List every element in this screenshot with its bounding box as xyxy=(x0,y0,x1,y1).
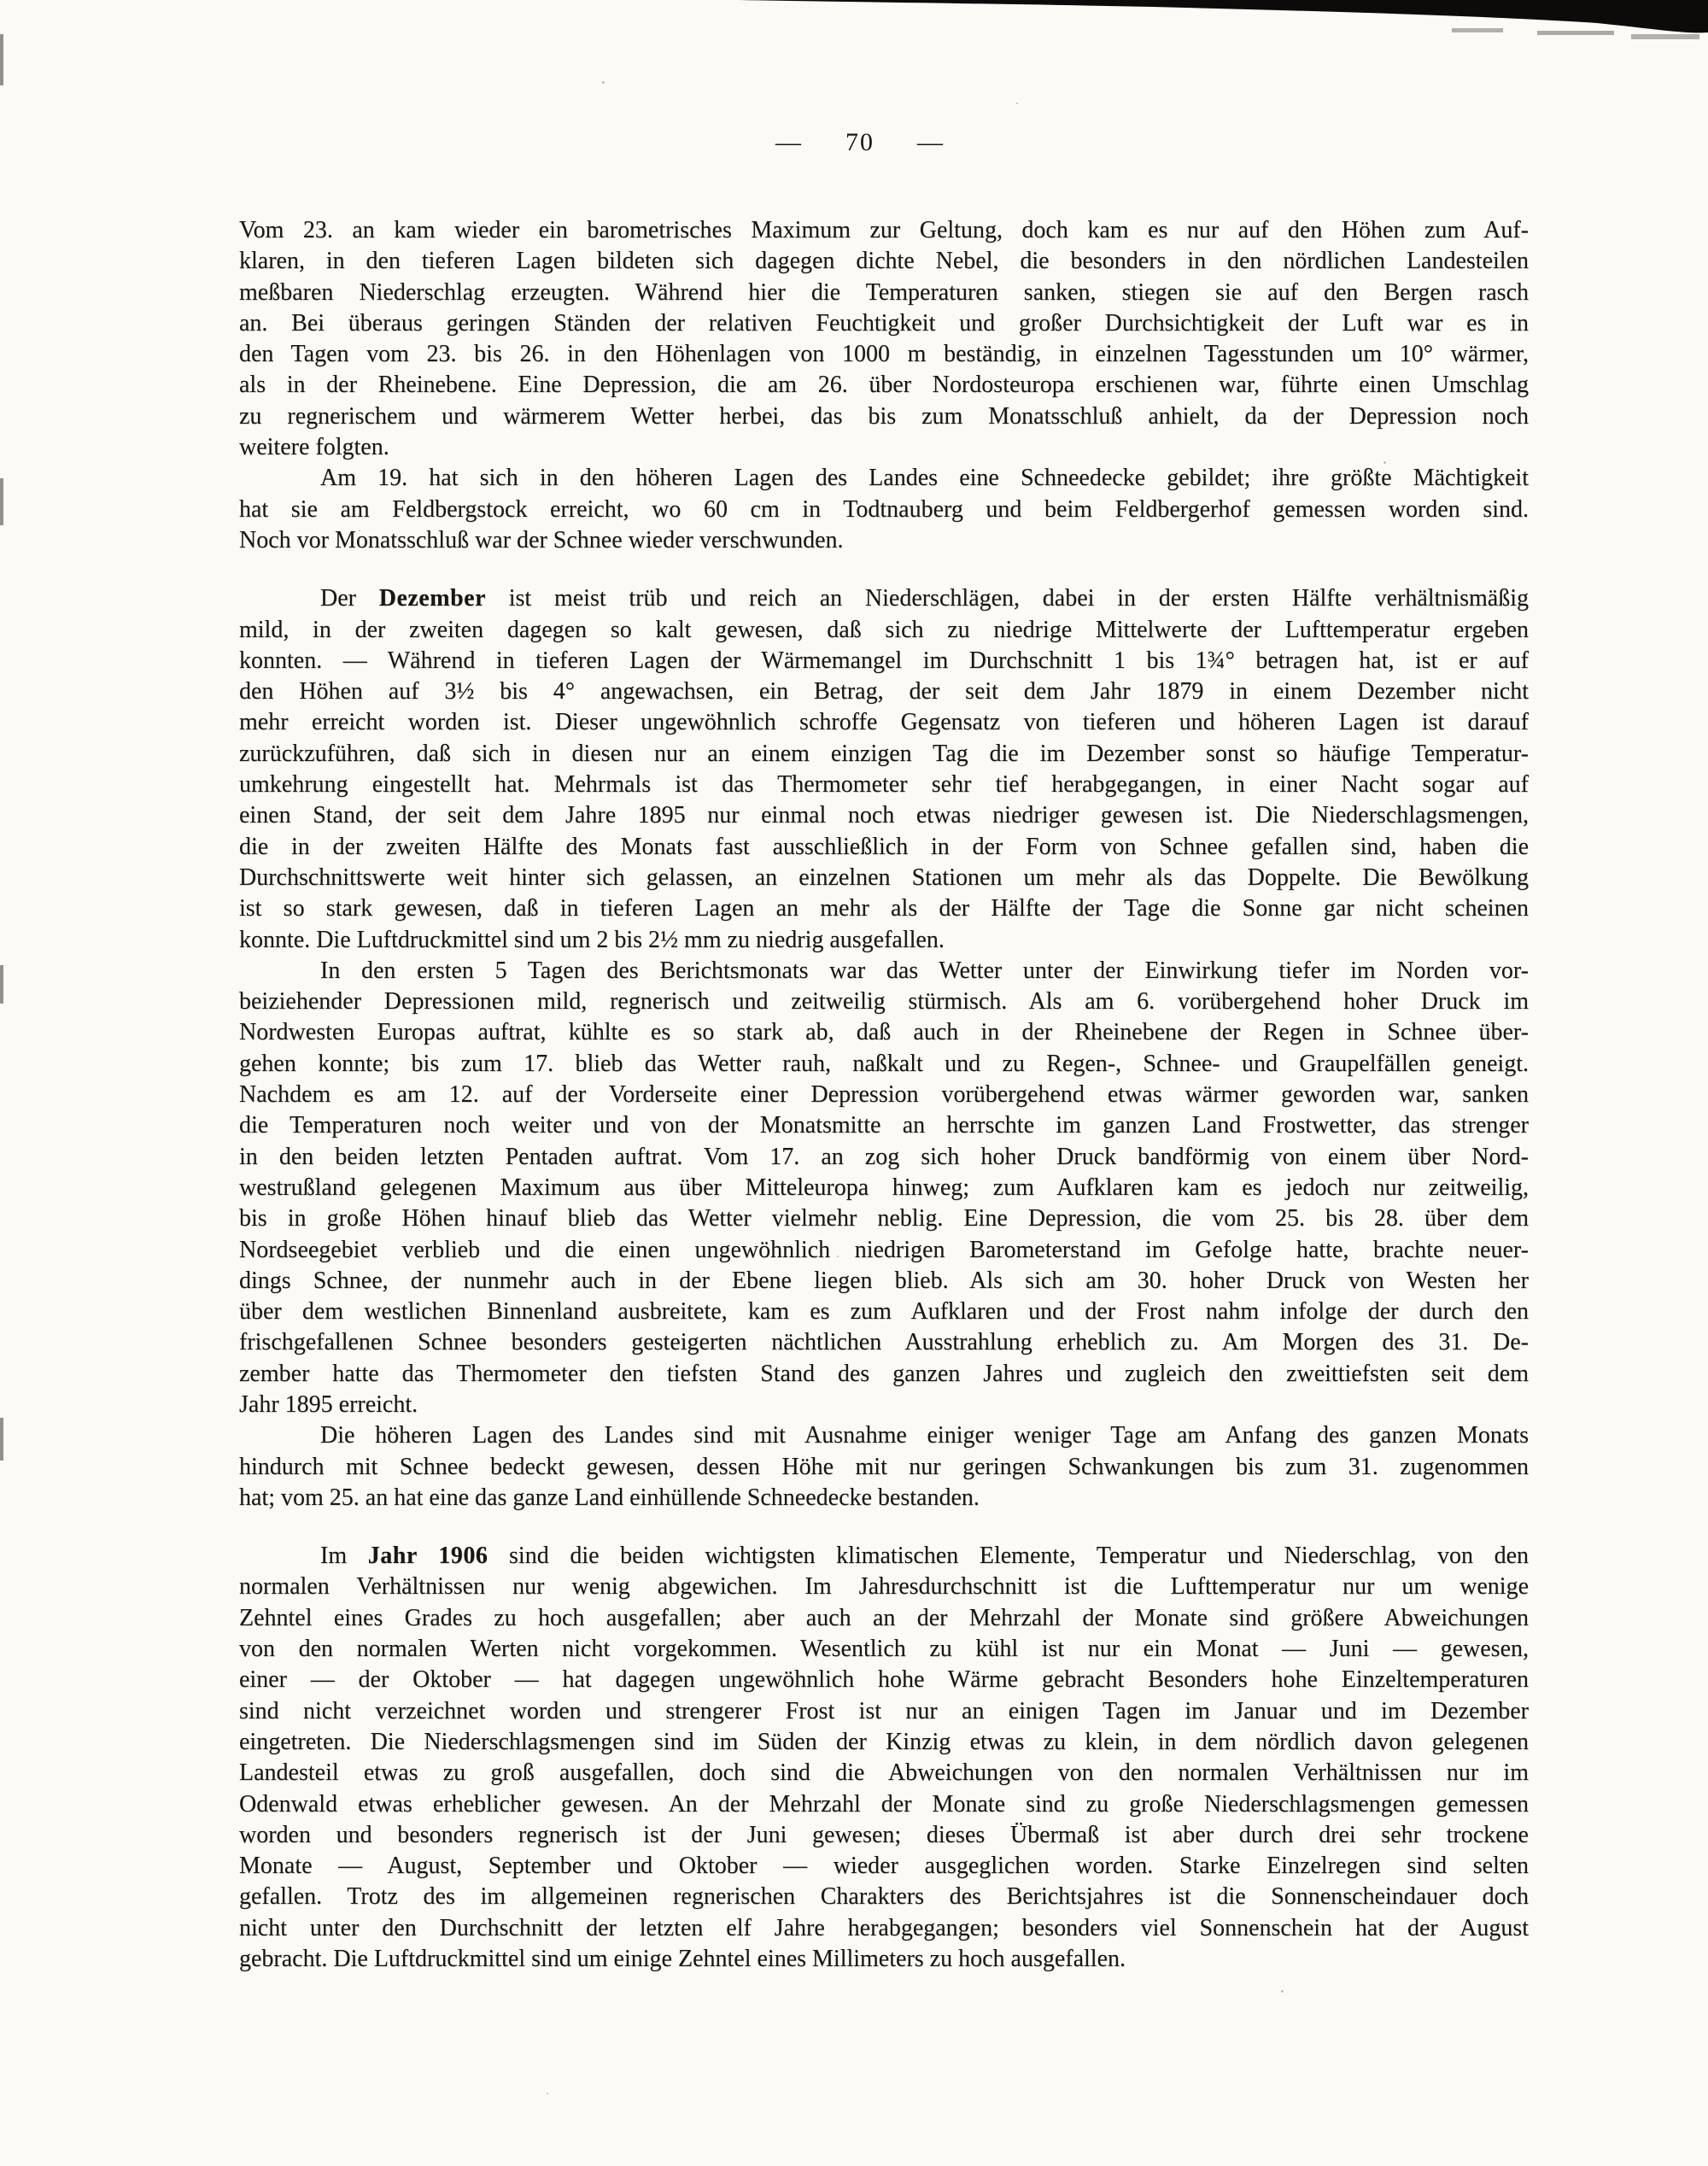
text-line: gehen konnte; bis zum 17. blieb das Wett… xyxy=(239,1049,1529,1080)
text-line: die Temperaturen noch weiter und von der… xyxy=(239,1110,1529,1141)
text-line: weitere folgten. xyxy=(239,432,1529,463)
text-line: westrußland gelegenen Maximum aus über M… xyxy=(239,1173,1529,1203)
scan-edge-artifact xyxy=(0,0,1708,60)
edge-nick xyxy=(0,1418,3,1461)
text-line: Die höheren Lagen des Landes sind mit Au… xyxy=(239,1420,1529,1451)
bold-term: Dezember xyxy=(379,585,486,612)
header-dash-right: — xyxy=(917,128,945,157)
text-line: über dem westlichen Binnenland ausbreite… xyxy=(239,1297,1529,1327)
text-line: dings Schnee, der nunmehr auch in der Eb… xyxy=(239,1266,1529,1297)
text-line: Im Jahr 1906 sind die beiden wichtigsten… xyxy=(239,1541,1529,1572)
text-line: ist so stark gewesen, daß in tieferen La… xyxy=(239,893,1529,924)
text-line: zember hatte das Thermometer den tiefste… xyxy=(239,1359,1529,1390)
text-line: klaren, in den tieferen Lagen bildeten s… xyxy=(239,246,1529,277)
text-line: Nachdem es am 12. auf der Vorderseite ei… xyxy=(239,1080,1529,1110)
text-line: konnte. Die Luftdruckmittel sind um 2 bi… xyxy=(239,925,1529,956)
text-line: hat; vom 25. an hat eine das ganze Land … xyxy=(239,1483,1529,1513)
text-line: Jahr 1895 erreicht. xyxy=(239,1390,1529,1420)
paragraph-november-continuation: Vom 23. an kam wieder ein barometrisches… xyxy=(239,215,1529,463)
text-line: Nordseegebiet verblieb und die einen ung… xyxy=(239,1235,1529,1266)
text-line: sind nicht verzeichnet worden und streng… xyxy=(239,1696,1529,1727)
text-line: Zehntel eines Grades zu hoch ausgefallen… xyxy=(239,1603,1529,1634)
text-line: Noch vor Monatsschluß war der Schnee wie… xyxy=(239,525,1529,556)
text-line: frischgefallenen Schnee besonders gestei… xyxy=(239,1327,1529,1358)
text-line: beiziehender Depressionen mild, regneris… xyxy=(239,986,1529,1017)
text-line: gebracht. Die Luftdruckmittel sind um ei… xyxy=(239,1944,1529,1975)
paragraph-december-detail: In den ersten 5 Tagen des Berichtsmonats… xyxy=(239,956,1529,1420)
text-line: umkehrung eingestellt hat. Mehrmals ist … xyxy=(239,770,1529,800)
text-line: Landesteil etwas zu groß ausgefallen, do… xyxy=(239,1758,1529,1788)
text-line: bis in große Höhen hinauf blieb das Wett… xyxy=(239,1203,1529,1234)
edge-nick xyxy=(0,34,3,85)
text-line: eingetreten. Die Niederschlagsmengen sin… xyxy=(239,1727,1529,1758)
text-line: Monate — August, September und Oktober —… xyxy=(239,1851,1529,1882)
text-line: einer — der Oktober — hat dagegen ungewö… xyxy=(239,1665,1529,1695)
text-line: den Höhen auf 3½ bis 4° angewachsen, ein… xyxy=(239,676,1529,707)
text-line: von den normalen Werten nicht vorgekomme… xyxy=(239,1634,1529,1665)
page-number: 70 xyxy=(845,128,874,157)
text-line: Durchschnittswerte weit hinter sich gela… xyxy=(239,863,1529,893)
text-line: Der Dezember ist meist trüb und reich an… xyxy=(239,583,1529,614)
text-line: in den beiden letzten Pentaden auftrat. … xyxy=(239,1142,1529,1173)
text-line: worden und besonders regnerisch ist der … xyxy=(239,1820,1529,1851)
text-line: konnten. — Während in tieferen Lagen der… xyxy=(239,646,1529,676)
text-line: Vom 23. an kam wieder ein barometrisches… xyxy=(239,215,1529,246)
text-line: hat sie am Feldbergstock erreicht, wo 60… xyxy=(239,495,1529,525)
text-line: nicht unter den Durchschnitt der letzten… xyxy=(239,1913,1529,1944)
text-line: In den ersten 5 Tagen des Berichtsmonats… xyxy=(239,956,1529,986)
paragraph-december-snow-cover: Die höheren Lagen des Landes sind mit Au… xyxy=(239,1420,1529,1513)
text-line: den Tagen vom 23. bis 26. in den Höhenla… xyxy=(239,339,1529,370)
text-line: Odenwald etwas erheblicher gewesen. An d… xyxy=(239,1789,1529,1820)
text-line: normalen Verhältnissen nur wenig abgewic… xyxy=(239,1572,1529,1602)
text-line: als in der Rheinebene. Eine Depression, … xyxy=(239,370,1529,401)
text-line: hindurch mit Schnee bedeckt gewesen, des… xyxy=(239,1452,1529,1483)
text-line: die in der zweiten Hälfte des Monats fas… xyxy=(239,832,1529,863)
body-text: Vom 23. an kam wieder ein barometrisches… xyxy=(239,215,1529,1975)
bold-term: Jahr 1906 xyxy=(368,1543,488,1569)
edge-nick xyxy=(0,965,3,1004)
header-dash-left: — xyxy=(775,128,803,157)
page-header: — 70 — xyxy=(215,128,1505,157)
paragraph-year-1906-summary: Im Jahr 1906 sind die beiden wichtigsten… xyxy=(239,1541,1529,1975)
text-line: an. Bei überaus geringen Ständen der rel… xyxy=(239,308,1529,339)
text-line: Nordwesten Europas auftrat, kühlte es so… xyxy=(239,1017,1529,1048)
text-line: zu regnerischem und wärmerem Wetter herb… xyxy=(239,401,1529,432)
text-line: mild, in der zweiten dagegen so kalt gew… xyxy=(239,615,1529,646)
text-line: Am 19. hat sich in den höheren Lagen des… xyxy=(239,463,1529,494)
scanned-document-page: — 70 — Vom 23. an kam wieder ein baromet… xyxy=(0,0,1708,2166)
text-line: zurückzuführen, daß sich in diesen nur a… xyxy=(239,739,1529,770)
text-line: mehr erreicht worden ist. Dieser ungewöh… xyxy=(239,707,1529,738)
text-line: meßbaren Niederschlag erzeugten. Während… xyxy=(239,278,1529,308)
paragraph-december-summary: Der Dezember ist meist trüb und reich an… xyxy=(239,583,1529,956)
paragraph-snow-cover-note: Am 19. hat sich in den höheren Lagen des… xyxy=(239,463,1529,556)
text-line: gefallen. Trotz des im allgemeinen regne… xyxy=(239,1882,1529,1912)
text-line: einen Stand, der seit dem Jahre 1895 nur… xyxy=(239,800,1529,831)
edge-nick xyxy=(0,478,3,525)
